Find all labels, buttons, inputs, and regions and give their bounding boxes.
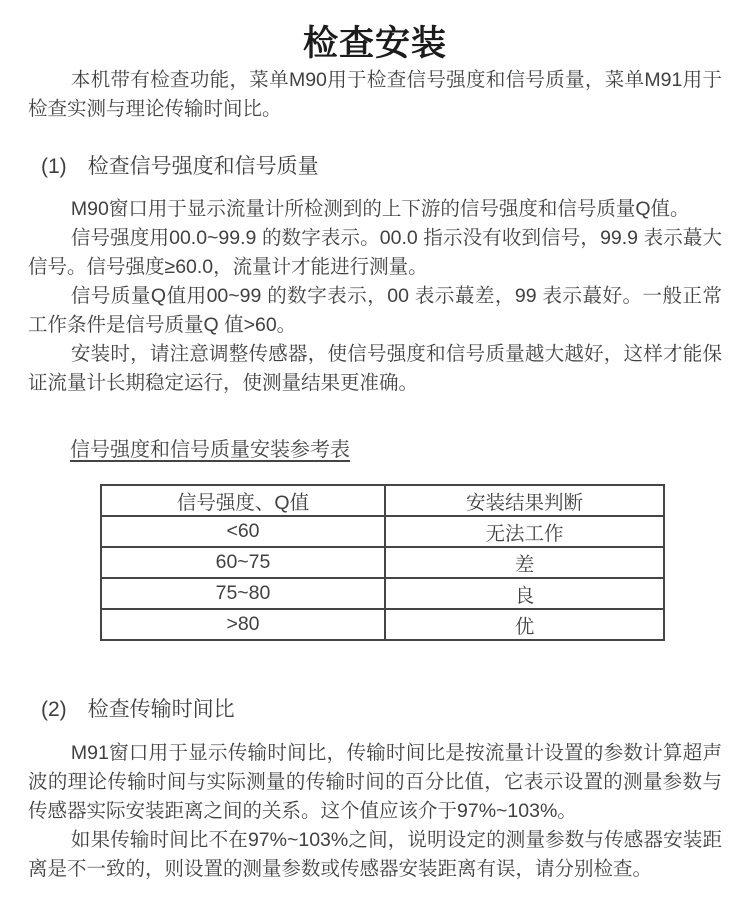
table-caption: 信号强度和信号质量安装参考表	[70, 438, 722, 463]
table-row: 75~80 良	[101, 578, 664, 609]
table-cell-range: 75~80	[101, 578, 385, 609]
table-cell-range: <60	[101, 516, 385, 547]
section-1-heading: (1) 检查信号强度和信号质量	[41, 154, 722, 180]
table-cell-range: 60~75	[101, 547, 385, 578]
section-1-paragraph-3: 信号质量Q值用00~99 的数字表示，00 表示蕞差，99 表示蕞好。一般正常工…	[28, 282, 722, 340]
section-1-paragraph-4: 安装时，请注意调整传感器，使信号强度和信号质量越大越好，这样才能保证流量计长期稳…	[28, 340, 722, 398]
intro-paragraph: 本机带有检查功能，菜单M90用于检查信号强度和信号质量，菜单M91用于检查实测与…	[28, 66, 722, 124]
table-header-result: 安装结果判断	[385, 485, 664, 516]
page-title: 检查安装	[28, 14, 722, 66]
table-header-signal: 信号强度、Q值	[101, 485, 385, 516]
table-cell-result: 无法工作	[385, 516, 664, 547]
table-cell-result: 优	[385, 609, 664, 640]
table-header-row: 信号强度、Q值 安装结果判断	[101, 485, 664, 516]
section-1-paragraph-1: M90窗口用于显示流量计所检测到的上下游的信号强度和信号质量Q值。	[28, 195, 722, 224]
section-2-heading: (2) 检查传输时间比	[41, 697, 722, 723]
table-caption-text: 信号强度和信号质量安装参考表	[70, 439, 350, 461]
table-row: <60 无法工作	[101, 516, 664, 547]
section-2-paragraph-1: M91窗口用于显示传输时间比，传输时间比是按流量计设置的参数计算超声波的理论传输…	[28, 739, 722, 826]
table-row: >80 优	[101, 609, 664, 640]
table-cell-result: 良	[385, 578, 664, 609]
signal-reference-table: 信号强度、Q值 安装结果判断 <60 无法工作 60~75 差 75~80 良 …	[100, 484, 665, 641]
manual-page: 检查安装 本机带有检查功能，菜单M90用于检查信号强度和信号质量，菜单M91用于…	[0, 0, 750, 899]
section-1-paragraph-2: 信号强度用00.0~99.9 的数字表示。00.0 指示没有收到信号，99.9 …	[28, 224, 722, 282]
section-2-paragraph-2: 如果传输时间比不在97%~103%之间，说明设定的测量参数与传感器安装距离是不一…	[28, 826, 722, 884]
table-cell-range: >80	[101, 609, 385, 640]
table-cell-result: 差	[385, 547, 664, 578]
table-row: 60~75 差	[101, 547, 664, 578]
